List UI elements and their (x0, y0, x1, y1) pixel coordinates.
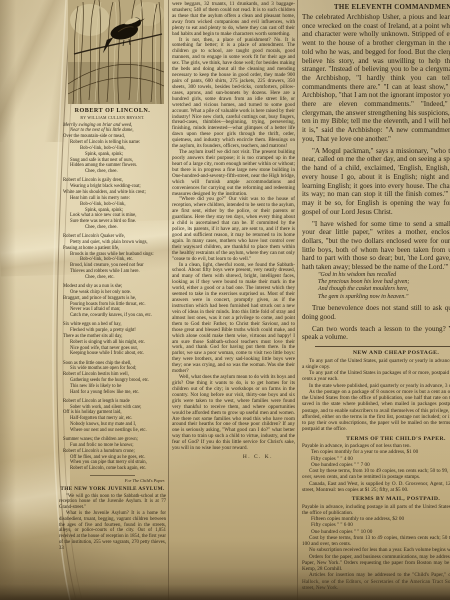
paragraph: In a clean, light, cheerful room, we fou… (172, 263, 295, 376)
page-left-edge-shadow (0, 0, 16, 600)
terms-line: As the postage on a package of 8 ounces … (302, 389, 450, 433)
terms-line: Cost by these terms, from 10 to 49 copie… (302, 468, 450, 481)
left-column: ROBERT OF LINCOLN.BY WILLIAM CULLEN BRYA… (59, 0, 166, 552)
paragraph: Well, what does the asylum mean to do wi… (172, 375, 295, 452)
right-column-content: THE ELEVENTH COMMANDMENT.The celebrated … (302, 4, 450, 591)
divider-rule (90, 475, 135, 476)
credit-line: For The Child's Paper. (59, 478, 165, 483)
section-heading: TERMS OF THE CHILD'S PAPER. (302, 436, 450, 442)
paragraph: The celebrated Archbishop Usher, a pious… (302, 13, 450, 144)
divider-rule (315, 346, 450, 347)
terms-line: Orders for the paper, and business commu… (302, 554, 450, 573)
paragraph: were beggars, 32 truants, 11 drunkards, … (172, 2, 295, 38)
paragraph: The asylum itself we did not visit. The … (172, 150, 295, 197)
poem-line: Robert of Lincoln, come back again, etc. (63, 466, 166, 472)
section-heading: THE ELEVENTH COMMANDMENT. (302, 4, 450, 11)
middle-column: were beggars, 32 truants, 11 drunkards, … (172, 2, 295, 460)
paragraph: What is the Juvenile Asylum? It is a hom… (59, 511, 166, 552)
verse-line: "God in his wisdom has recalled (302, 272, 450, 279)
newspaper-page-scan: ROBERT OF LINCOLN.BY WILLIAM CULLEN BRYA… (0, 0, 450, 600)
section-heading: TERMS BY MAIL, POSTPAID. (302, 496, 450, 502)
terms-line: No subscription received for less than a… (302, 547, 450, 553)
paragraph: "A Mogul packman," says a missionary, "w… (302, 147, 450, 217)
poem-byline: BY WILLIAM CULLEN BRYANT. (59, 116, 166, 120)
paragraph: "I have wished for some time to send a s… (302, 220, 450, 272)
paragraph: "We will go this noon to the Sabbath-sch… (59, 494, 166, 511)
column-rule (168, 0, 169, 600)
poem-title: ROBERT OF LINCOLN. (59, 108, 166, 114)
verse-line: The gem is sparkling now in heaven." (302, 294, 450, 301)
terms-line: Canada, East and West, is supplied by O.… (302, 481, 450, 494)
author-initials: H. C. K. (172, 454, 295, 460)
terms-line: To any part of the United States, paid q… (302, 358, 450, 371)
paragraph: Can two words teach a lesson to the youn… (302, 325, 450, 342)
right-column: THE ELEVENTH COMMANDMENT.The celebrated … (302, 2, 450, 600)
paragraph: "Where did you go?" Our visit was to the… (172, 197, 295, 262)
terms-line: Cost by these terms, from 13 to 49 copie… (302, 535, 450, 548)
paragraph: True benevolence does not stand still to… (302, 304, 450, 321)
bobolink-engraving (68, 0, 164, 104)
section-heading: THE NEW YORK JUVENILE ASYLUM. (59, 486, 166, 492)
paragraph: It is not, then, a place of punishment? … (172, 38, 295, 151)
column-rule (297, 0, 298, 600)
terms-line: To any part of the United States in pack… (302, 370, 450, 383)
verse-line: And though the casket moulders here, (302, 286, 450, 293)
section-heading: NEW AND CHEAP POSTAGE. (302, 350, 450, 356)
verse-line: The precious boon his love had given; (302, 279, 450, 286)
terms-line: In the state where published, paid quart… (302, 383, 450, 389)
poem-line: Catch me, cowardly knaves, if you can, e… (63, 313, 166, 319)
terms-line: Articles for insertion may be addressed … (302, 572, 450, 591)
terms-line: Payable in advance, including postage in… (302, 504, 450, 517)
